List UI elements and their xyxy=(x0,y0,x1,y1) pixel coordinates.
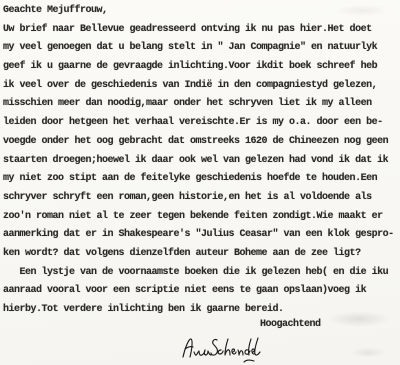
letter-line: geef ik u gaarne de gevraagde inlichting… xyxy=(3,58,400,77)
letter-line: staarten droegen;hoewel ik daar ook wel … xyxy=(3,152,400,171)
letter-line: ik veel over de geschiedenis van Indië i… xyxy=(3,77,400,96)
letter-line: voegde onder het oog gebracht dat omstre… xyxy=(3,133,400,152)
letter-line: ken wordt? dat volgens dienzelfden auteu… xyxy=(3,245,400,264)
letter-page: Geachte Mejuffrouw, Uw brief naar Bellev… xyxy=(0,0,400,365)
letter-line: Uw brief naar Bellevue geadresseerd ontv… xyxy=(3,21,400,40)
letter-line: misschien meer dan noodig,maar onder het… xyxy=(3,95,400,114)
scan-smudge xyxy=(350,347,386,358)
letter-line: leiden door hetgeen het verhaal vereisch… xyxy=(3,114,400,133)
letter-line: zoo'n roman niet al te zeer tegen bekend… xyxy=(3,208,400,227)
letter-line: Een lystje van de voornaamste boeken die… xyxy=(3,264,400,283)
letter-body: Geachte Mejuffrouw, Uw brief naar Bellev… xyxy=(3,2,400,334)
handwritten-signature xyxy=(180,335,262,365)
letter-line: my niet zoo stipt aan de feitelyke gesch… xyxy=(3,170,400,189)
salutation: Geachte Mejuffrouw, xyxy=(3,2,400,21)
letter-line: schryver schryft een roman,geen historie… xyxy=(3,189,400,208)
letter-line: my veel genoegen dat u belang stelt in "… xyxy=(3,39,400,58)
letter-line: aanraad vooral voor een scriptie niet ee… xyxy=(3,282,400,301)
letter-line: aanmerking dat er in Shakespeare's "Juli… xyxy=(3,226,400,245)
